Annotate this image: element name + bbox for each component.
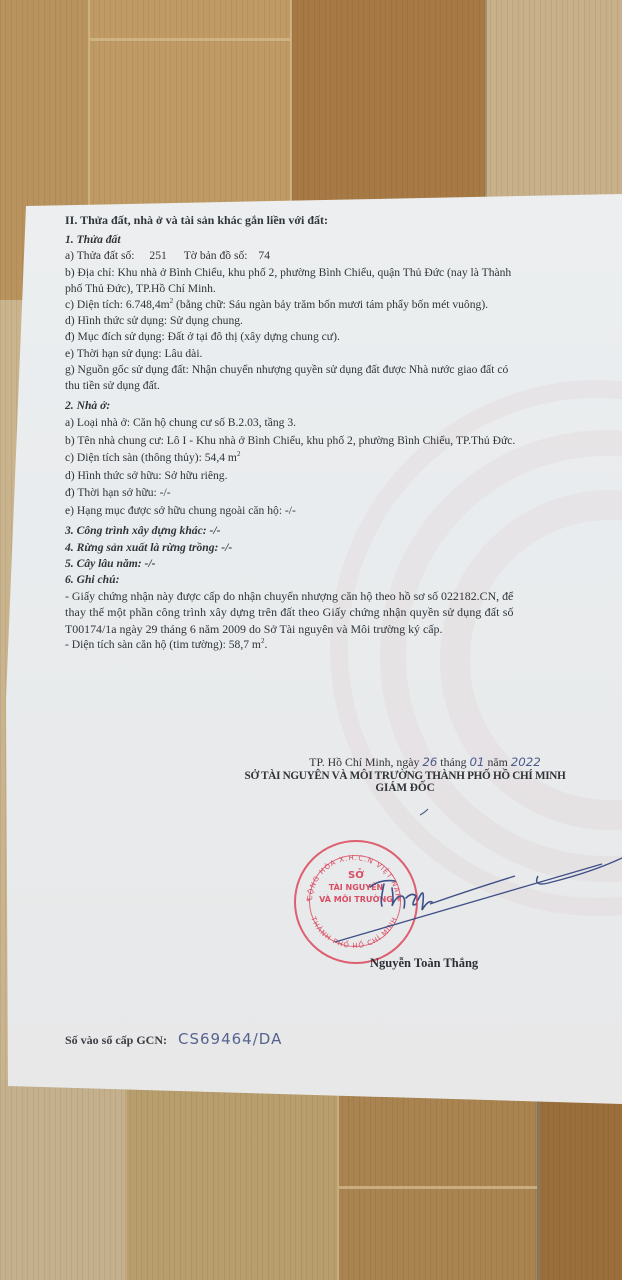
registry-label: Số vào sổ cấp GCN: — [65, 1033, 167, 1047]
parcel-number-line: a) Thửa đất số: 251 Tờ bản đồ số: 74 — [65, 248, 610, 264]
ownership-form: d) Hình thức sở hữu: Sở hữu riêng. — [65, 467, 610, 485]
superscript: 2 — [237, 451, 241, 459]
signature-block: TP. Hồ Chí Minh, ngày 26 tháng 01 năm 20… — [205, 755, 605, 794]
stamp-line-3: VÀ MÔI TRƯỜNG — [296, 894, 416, 906]
note-line-4: - Diện tích sàn căn hộ (tim tường): 58,7… — [65, 637, 610, 653]
period: . — [264, 638, 267, 651]
certificate-body: II. Thửa đất, nhà ở và tài sản khác gắn … — [65, 212, 610, 653]
registry-number-handwritten: CS69464/DA — [178, 1030, 282, 1048]
issuing-organization: SỞ TÀI NGUYÊN VÀ MÔI TRƯỜNG THÀNH PHỐ HỒ… — [205, 770, 605, 782]
note-line-1: - Giấy chứng nhận này được cấp do nhận c… — [65, 588, 610, 604]
use-term: e) Thời hạn sử dụng: Lâu dài. — [65, 346, 610, 362]
place-date-line: TP. Hồ Chí Minh, ngày 26 tháng 01 năm 20… — [245, 755, 605, 770]
ownership-term: đ) Thời hạn sở hữu: -/- — [65, 484, 610, 502]
building-name: b) Tên nhà chung cư: Lô I - Khu nhà ở Bì… — [65, 432, 610, 450]
stamp-line-2: TÀI NGUYÊN — [296, 882, 416, 894]
note-line-3: T00174/1a ngày 29 tháng 6 năm 2009 do Sở… — [65, 621, 610, 637]
perennial-trees: 5. Cây lâu năm: -/- — [65, 556, 610, 572]
address-line-2: phố Thủ Đức), TP.Hồ Chí Minh. — [65, 281, 610, 297]
note-line-2: thay thế một phần công trình xây dựng tr… — [65, 604, 610, 620]
svg-text:THÀNH PHỐ HỒ CHÍ MINH: THÀNH PHỐ HỒ CHÍ MINH — [309, 915, 399, 950]
year-label: năm — [487, 755, 507, 769]
handwritten-day: 26 — [422, 755, 437, 769]
parcel-number: 251 — [149, 249, 166, 262]
other-construction: 3. Công trình xây dựng khác: -/- — [65, 523, 610, 539]
handwritten-month: 01 — [469, 755, 484, 769]
use-purpose: đ) Mục đích sử dụng: Đất ở tại đô thị (x… — [65, 329, 610, 345]
address-line-1: b) Địa chỉ: Khu nhà ở Bình Chiểu, khu ph… — [65, 265, 610, 281]
land-heading: 1. Thửa đất — [65, 232, 610, 248]
section-title: II. Thửa đất, nhà ở và tài sản khác gắn … — [65, 212, 610, 228]
official-red-stamp: CỘNG HÒA X.H.C.N VIỆT NAM THÀNH PHỐ HỒ C… — [294, 840, 418, 964]
area-line: c) Diện tích: 6.748,4m2 (bằng chữ: Sáu n… — [65, 297, 610, 313]
origin-line-1: g) Nguồn gốc sử dụng đất: Nhận chuyển nh… — [65, 362, 610, 378]
area-value: c) Diện tích: 6.748,4m — [65, 298, 170, 311]
stamp-center-text: SỞ TÀI NGUYÊN VÀ MÔI TRƯỜNG — [296, 870, 416, 906]
floor-area-value: c) Diện tích sàn (thông thủy): 54,4 m — [65, 451, 237, 464]
wall-area-value: - Diện tích sàn căn hộ (tim tường): 58,7… — [65, 638, 261, 651]
notes-heading: 6. Ghi chú: — [65, 572, 610, 588]
parcel-label: a) Thửa đất số: — [65, 249, 135, 262]
map-sheet-label: Tờ bản đồ số: — [184, 249, 248, 262]
floor-area-line: c) Diện tích sàn (thông thủy): 54,4 m2 — [65, 449, 610, 467]
house-heading: 2. Nhà ở: — [65, 398, 610, 414]
signer-title: GIÁM ĐỐC — [205, 782, 605, 794]
place-prefix: TP. Hồ Chí Minh, ngày — [309, 755, 419, 769]
handwritten-year: 2022 — [511, 755, 541, 769]
house-type: a) Loại nhà ở: Căn hộ chung cư số B.2.03… — [65, 414, 610, 432]
registry-number-line: Số vào sổ cấp GCN: CS69464/DA — [65, 1030, 282, 1048]
shared-items: e) Hạng mục được sở hữu chung ngoài căn … — [65, 502, 610, 520]
use-form: d) Hình thức sử dụng: Sử dụng chung. — [65, 313, 610, 329]
origin-line-2: thu tiền sử dụng đất. — [65, 378, 610, 394]
map-sheet-number: 74 — [258, 249, 270, 262]
month-label: tháng — [440, 755, 466, 769]
area-in-words: (bằng chữ: Sáu ngàn bảy trăm bốn mươi tá… — [173, 298, 488, 311]
signer-name: Nguyễn Toàn Thắng — [370, 956, 478, 971]
stamp-line-1: SỞ — [296, 870, 416, 882]
production-forest: 4. Rừng sản xuất là rừng trồng: -/- — [65, 540, 610, 556]
